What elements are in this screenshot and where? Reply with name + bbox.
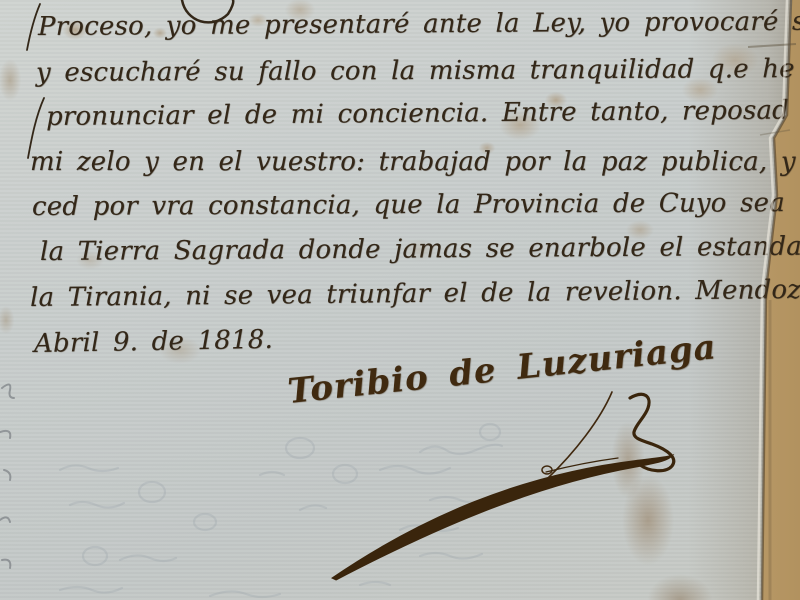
manuscript-photo: Proceso, yo me presentaré ante la Ley, y… bbox=[0, 0, 800, 600]
page-edge bbox=[0, 0, 800, 600]
